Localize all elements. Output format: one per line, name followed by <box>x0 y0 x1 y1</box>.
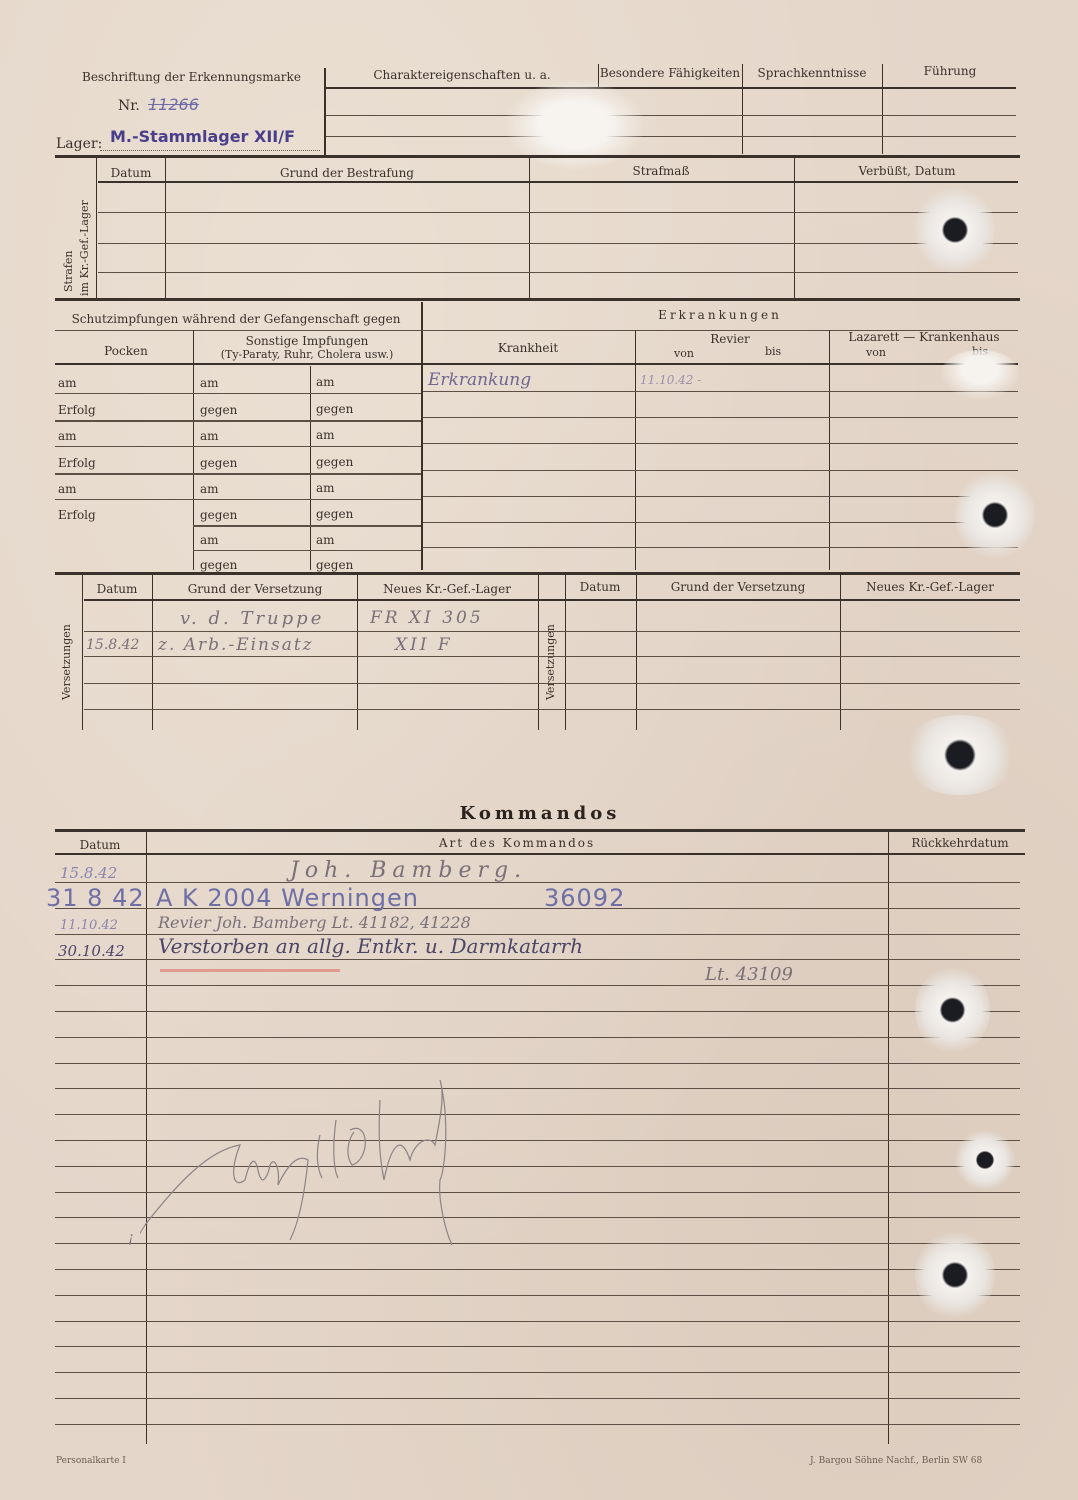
punch-hole <box>900 715 1020 795</box>
row-line <box>55 985 1020 986</box>
impf-left: Erfolg <box>58 508 96 522</box>
row-line <box>423 391 1018 392</box>
row-line <box>84 656 1020 657</box>
row-line <box>55 393 421 394</box>
col-fuehrung: Führung <box>924 64 977 78</box>
impf-right: gegen <box>316 402 353 416</box>
section-line <box>55 298 1020 301</box>
nr-label: Nr. <box>118 98 140 114</box>
vers-lager-2: XII F <box>395 635 453 655</box>
vers-grund-1: v. d. Truppe <box>180 608 324 629</box>
row-line <box>193 525 421 527</box>
nr-value: 11266 <box>148 95 199 114</box>
col-sep <box>529 158 530 300</box>
kommando-datum-1: 15.8.42 <box>60 864 117 882</box>
col-sonstige: Sonstige Impfungen <box>246 334 369 348</box>
impf-right: am <box>316 533 335 547</box>
impf-right: am <box>316 428 335 442</box>
col-faehigkeiten: Besondere Fähigkeiten <box>600 66 740 80</box>
kommandos-col-datum: Datum <box>80 838 121 852</box>
lager-stamp: M.-Stammlager XII/F <box>110 127 295 146</box>
row-line <box>84 683 1020 684</box>
row-line <box>55 1011 1020 1012</box>
row-line <box>193 550 421 551</box>
impf-mid: am <box>200 376 219 390</box>
col-sep <box>882 64 883 154</box>
impf-right: am <box>316 481 335 495</box>
vers-col-lager-left: Neues Kr.-Gef.-Lager <box>383 582 511 596</box>
impf-mid: gegen <box>200 403 237 417</box>
strafen-side-label: Strafen <box>62 251 75 292</box>
impf-left: Erfolg <box>58 403 96 417</box>
row-line <box>55 363 1018 365</box>
row-line <box>55 446 421 447</box>
row-line <box>423 496 1018 497</box>
col-sep <box>193 330 194 570</box>
lager-dotted-line <box>100 150 320 151</box>
col-sep <box>635 330 636 570</box>
row-line <box>55 1424 1020 1425</box>
kommandos-col-rueckkehr: Rückkehrdatum <box>911 836 1008 850</box>
strafen-col-strafmass: Strafmaß <box>633 164 690 178</box>
impf-left: am <box>58 429 77 443</box>
kommandos-title: Kommandos <box>460 803 621 824</box>
kommando-number-2: 36092 <box>544 884 625 912</box>
vers-lager-1: FR XI 305 <box>370 608 484 628</box>
row-line <box>55 882 1020 883</box>
row-line <box>55 1372 1020 1373</box>
strafen-col-grund: Grund der Bestrafung <box>280 166 414 180</box>
vers-col-grund-left: Grund der Versetzung <box>188 582 323 596</box>
row-line <box>98 272 1018 273</box>
vers-datum-2: 15.8.42 <box>86 637 139 653</box>
kommando-art-4: Verstorben an allg. Entkr. u. Darmkatarr… <box>158 934 583 958</box>
revier-von: von <box>674 347 694 360</box>
row-line <box>326 136 1016 137</box>
row-line <box>423 417 1018 418</box>
paper-crease <box>940 350 1020 400</box>
punch-hole <box>955 1130 1015 1190</box>
punch-hole <box>915 1230 995 1320</box>
impf-right: gegen <box>316 507 353 521</box>
col-pocken: Pocken <box>104 344 148 358</box>
col-sep <box>829 330 830 570</box>
col-sep <box>742 64 743 154</box>
kommando-art-3: Revier Joh. Bamberg Lt. 41182, 41228 <box>158 913 471 932</box>
row-line <box>55 1037 1020 1038</box>
row-line <box>326 115 1016 116</box>
revier-von-entry: 11.10.42 - <box>640 373 701 387</box>
kommandos-col-art: Art des Kommandos <box>439 836 595 850</box>
punch-hole <box>915 185 995 275</box>
kommando-art-5: Lt. 43109 <box>705 964 793 985</box>
col-sep <box>888 832 889 1444</box>
impf-mid: am <box>200 533 219 547</box>
pencil-mark: ¡ <box>128 1230 134 1246</box>
impf-left: am <box>58 482 77 496</box>
row-line <box>55 1269 1020 1270</box>
vers-col-lager-right: Neues Kr.-Gef.-Lager <box>866 580 994 594</box>
impf-left: Erfolg <box>58 456 96 470</box>
col-sprachen: Sprachkenntnisse <box>758 66 867 80</box>
kommando-datum-4: 30.10.42 <box>58 942 125 960</box>
strafen-side-label-2: im Kr.-Gef.-Lager <box>78 200 91 296</box>
revier-bis: bis <box>765 345 781 358</box>
row-line <box>55 420 421 422</box>
vers-col-datum-right: Datum <box>580 580 621 594</box>
col-sep <box>82 575 83 730</box>
row-line <box>84 599 1020 601</box>
row-line <box>55 1398 1020 1399</box>
footer-printer: J. Bargou Söhne Nachf., Berlin SW 68 <box>810 1456 982 1466</box>
strafen-col-verbuesst: Verbüßt, Datum <box>859 164 956 178</box>
red-underline <box>160 969 340 972</box>
section-line <box>55 829 1025 832</box>
row-line <box>98 212 1018 213</box>
versetzungen-side-label-left: Versetzungen <box>60 624 73 700</box>
pencil-signature <box>140 1060 660 1260</box>
col-krankheit: Krankheit <box>498 341 558 355</box>
vers-col-datum-left: Datum <box>97 582 138 596</box>
row-line <box>423 443 1018 444</box>
impf-right: gegen <box>316 558 353 572</box>
row-line <box>55 853 1025 855</box>
tag-label: Beschriftung der Erkennungsmarke <box>82 70 301 84</box>
row-line <box>423 470 1018 471</box>
strafen-col-datum: Datum <box>111 166 152 180</box>
punch-hole <box>955 470 1035 560</box>
kommando-art-2: A K 2004 Werningen <box>156 884 419 912</box>
col-sep <box>96 158 97 300</box>
col-charakter: Charaktereigenschaften u. a. <box>373 68 550 82</box>
krankheit-entry: Erkrankung <box>428 370 531 390</box>
row-line <box>55 959 1020 960</box>
erkrankungen-title: Erkrankungen <box>658 308 782 322</box>
col-lazarett: Lazarett — Krankenhaus <box>848 330 999 344</box>
row-line <box>326 87 1016 89</box>
col-revier: Revier <box>710 332 750 346</box>
impf-left: am <box>58 376 77 390</box>
kommando-datum-2: 31 8 42 <box>46 884 145 912</box>
section-divider <box>421 302 423 570</box>
row-line <box>98 181 1018 183</box>
vers-grund-2: z. Arb.-Einsatz <box>158 635 314 655</box>
impf-mid: gegen <box>200 456 237 470</box>
footer-form-name: Personalkarte I <box>56 1456 126 1466</box>
col-sep <box>794 158 795 300</box>
lager-label: Lager: <box>56 136 102 152</box>
impf-right: am <box>316 375 335 389</box>
lazarett-von: von <box>866 346 886 359</box>
impf-mid: gegen <box>200 508 237 522</box>
row-line <box>84 709 1020 710</box>
row-line <box>55 499 421 500</box>
col-sep <box>165 158 166 300</box>
kommando-art-1: Joh. Bamberg. <box>290 858 527 883</box>
row-line <box>55 473 421 475</box>
row-line <box>423 522 1018 523</box>
impf-right: gegen <box>316 455 353 469</box>
col-sonstige-sub: (Ty-Paraty, Ruhr, Cholera usw.) <box>221 348 394 361</box>
versetzungen-side-label-right: Versetzungen <box>544 624 557 700</box>
row-line <box>55 1295 1020 1296</box>
punch-hole <box>915 965 990 1055</box>
section-line <box>55 155 1020 158</box>
vers-col-grund-right: Grund der Versetzung <box>671 580 806 594</box>
impfungen-title: Schutzimpfungen während der Gefangenscha… <box>72 312 401 326</box>
row-line <box>98 243 1018 244</box>
row-line <box>423 547 1018 548</box>
impf-mid: am <box>200 429 219 443</box>
kommando-datum-3: 11.10.42 <box>60 918 118 933</box>
impf-mid: am <box>200 482 219 496</box>
row-line <box>55 1321 1020 1322</box>
header-divider <box>324 68 326 156</box>
personalkarte-page: Beschriftung der Erkennungsmarke Nr. 112… <box>0 0 1078 1500</box>
row-line <box>55 1346 1020 1347</box>
row-line <box>84 631 1020 632</box>
col-sep <box>310 366 311 570</box>
impf-mid: gegen <box>200 558 237 572</box>
